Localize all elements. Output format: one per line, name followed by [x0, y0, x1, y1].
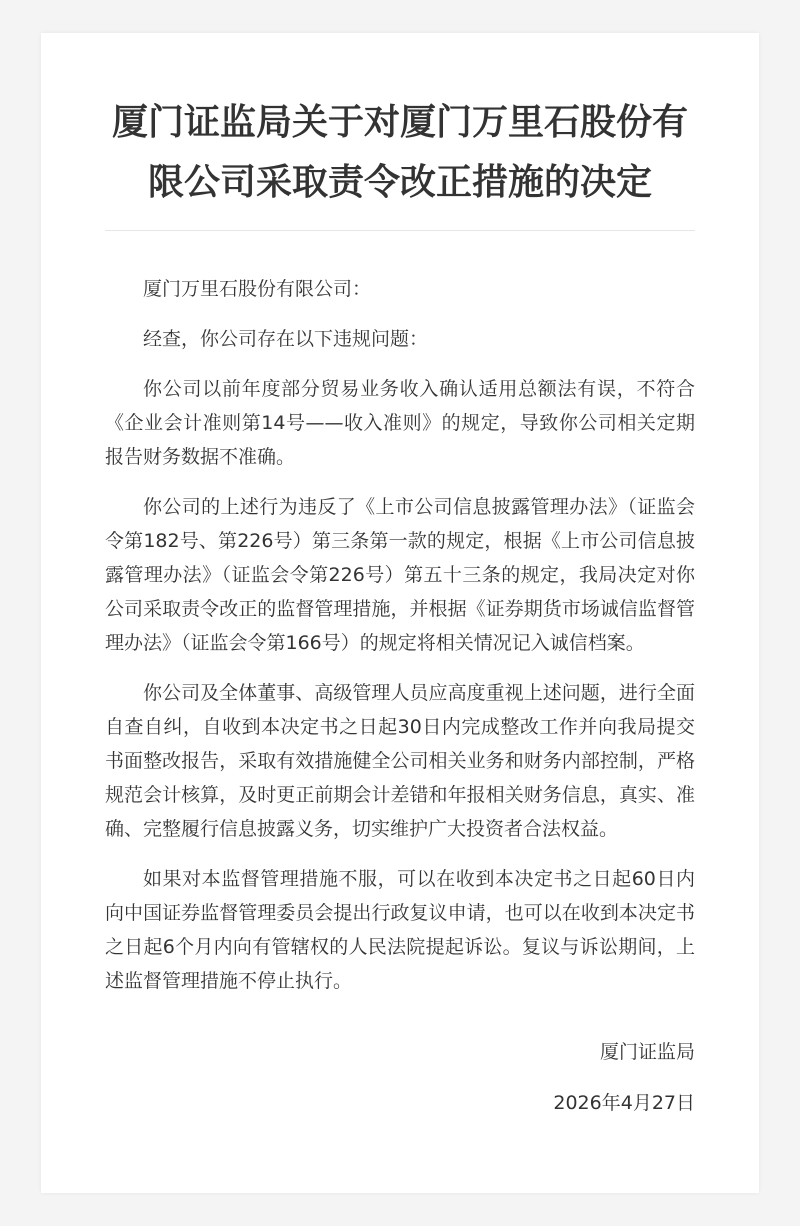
document-body: 厦门万里石股份有限公司： 经查，你公司存在以下违规问题： 你公司以前年度部分贸易…	[105, 272, 695, 1014]
findings-intro: 经查，你公司存在以下违规问题：	[105, 322, 695, 356]
rectification-requirements: 你公司及全体董事、高级管理人员应高度重视上述问题，进行全面自查自纠，自收到本决定…	[105, 676, 695, 846]
issue-date: 2026年4月27日	[553, 1086, 695, 1120]
issuer-signature: 厦门证监局	[600, 1035, 695, 1069]
appeal-notice: 如果对本监督管理措施不服，可以在收到本决定书之日起60日内向中国证券监督管理委员…	[105, 862, 695, 998]
violation-description: 你公司以前年度部分贸易业务收入确认适用总额法有误，不符合《企业会计准则第14号—…	[105, 372, 695, 474]
document-card: 厦门证监局关于对厦门万里石股份有限公司采取责令改正措施的决定 厦门万里石股份有限…	[41, 33, 759, 1193]
salutation: 厦门万里石股份有限公司：	[105, 272, 695, 306]
legal-basis-decision: 你公司的上述行为违反了《上市公司信息披露管理办法》（证监会令第182号、第226…	[105, 490, 695, 660]
document-title: 厦门证监局关于对厦门万里石股份有限公司采取责令改正措施的决定	[105, 93, 695, 213]
title-divider	[105, 230, 695, 231]
